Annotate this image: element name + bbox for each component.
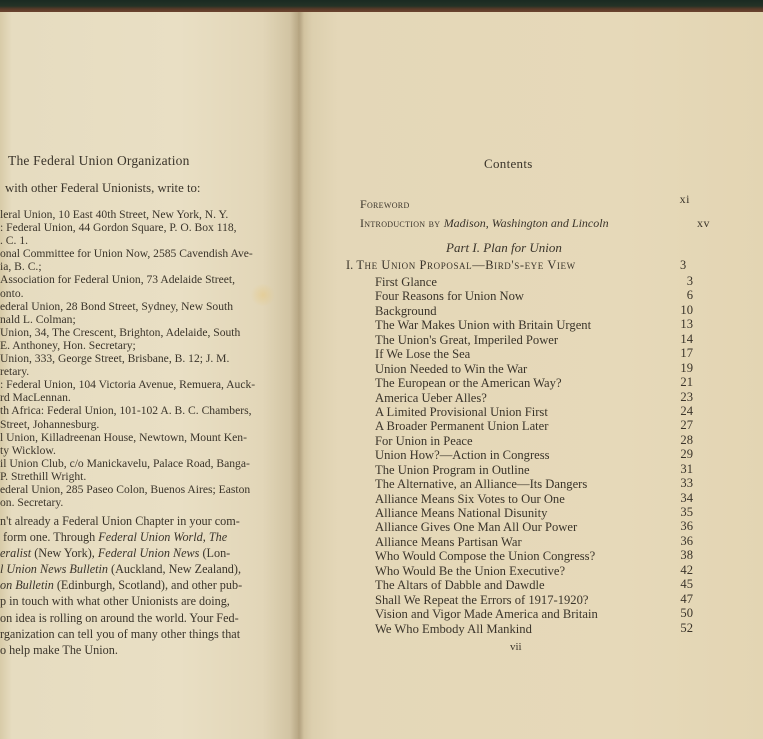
address-line: Union, 333, George Street, Brisbane, B. … [0,352,267,365]
toc-page-number: 31 [680,462,693,476]
toc-page-number: 23 [680,390,693,404]
chapter-page-number: 3 [680,258,686,273]
address-line: leral Union, 10 East 40th Street, New Yo… [0,208,267,221]
toc-section: We Who Embody All Mankind52 [375,622,693,636]
address-line: ty Wicklow. [0,444,267,457]
toc-section: The Union Program in Outline31 [375,463,693,477]
address-line: P. Strethill Wright. [0,470,267,483]
address-line: onal Committee for Union Now, 2585 Caven… [0,247,267,260]
address-line: Street, Johannesburg. [0,418,267,431]
toc-section: The Alternative, an Alliance—Its Dangers… [375,477,693,491]
book-gutter [290,12,304,739]
chapter-number: I. [346,258,353,272]
toc-page-number: 28 [680,433,693,447]
paragraph-line: form one. Through Federal Union World, T… [0,529,267,545]
address-line: retary. [0,365,267,378]
toc-entry-title: Introduction by [360,216,444,230]
toc-page-number: xi [680,192,690,207]
toc-page-number: xv [697,216,710,231]
address-line: nald L. Colman; [0,313,267,326]
toc-section: Alliance Means National Disunity35 [375,506,693,520]
toc-section: The European or the American Way?21 [375,376,693,390]
toc-section: Vision and Vigor Made America and Britai… [375,607,693,621]
toc-entry-foreword: Foreword xi [360,197,690,212]
toc-section: The War Makes Union with Britain Urgent1… [375,318,693,332]
toc-page-number: 29 [680,447,693,461]
address-line: Union, 34, The Crescent, Brighton, Adela… [0,326,267,339]
toc-section: Alliance Gives One Man All Our Power36 [375,520,693,534]
address-line: ederal Union, 285 Paseo Colon, Buenos Ai… [0,483,267,496]
toc-section: A Limited Provisional Union First24 [375,405,693,419]
page-folio: vii [510,641,522,653]
address-line: ederal Union, 28 Bond Street, Sydney, Ne… [0,300,267,313]
publication-title: on Bulletin [0,578,54,592]
toc-page-number: 36 [680,534,693,548]
toc-page-number: 24 [680,404,693,418]
toc-section: A Broader Permanent Union Later27 [375,419,693,433]
address-line: il Union Club, c/o Manickavelu, Palace R… [0,457,267,470]
publication-title: Federal Union World, The [98,530,227,544]
toc-page-number: 27 [680,418,693,432]
toc-section: Who Would Be the Union Executive?42 [375,564,693,578]
address-line: onto. [0,287,267,300]
publication-title: Federal Union News [98,546,200,560]
toc-page-number: 14 [680,332,693,346]
toc-section: Who Would Compose the Union Congress?38 [375,549,693,563]
toc-section: Alliance Means Six Votes to Our One34 [375,492,693,506]
toc-section: The Altars of Dabble and Dawdle45 [375,578,693,592]
toc-page-number: 52 [680,621,693,635]
toc-page-number: 13 [680,317,693,331]
paragraph-line: eralist (New York), Federal Union News (… [0,545,267,561]
toc-page-number: 3 [687,274,693,288]
paragraph-line: o help make The Union. [0,642,267,658]
toc-entry-authors: Madison, Washington and Lincoln [444,216,609,230]
closing-paragraph: n't already a Federal Union Chapter in y… [0,513,267,658]
toc-page-number: 42 [680,563,693,577]
toc-page-number: 38 [680,548,693,562]
toc-page-number: 19 [680,361,693,375]
publication-title: eralist [0,546,31,560]
toc-page-number: 21 [680,375,693,389]
toc-page-number: 50 [680,606,693,620]
toc-section: First Glance3 [375,275,693,289]
address-line: E. Anthoney, Hon. Secretary; [0,339,267,352]
address-line: l Union, Killadreenan House, Newtown, Mo… [0,431,267,444]
toc-section: America Ueber Alles?23 [375,391,693,405]
address-line: : Federal Union, 104 Victoria Avenue, Re… [0,378,267,391]
paragraph-line: p in touch with what other Unionists are… [0,593,267,609]
toc-section: For Union in Peace28 [375,434,693,448]
address-line: : Federal Union, 44 Gordon Square, P. O.… [0,221,267,234]
toc-section: Alliance Means Partisan War36 [375,535,693,549]
toc-page-number: 45 [680,577,693,591]
paragraph-line: l Union News Bulletin (Auckland, New Zea… [0,561,267,577]
address-line: rd MacLennan. [0,391,267,404]
left-page-intro: with other Federal Unionists, write to: [5,181,200,196]
paragraph-line: on idea is rolling on around the world. … [0,610,267,626]
chapter-title: I. The Union Proposal—Bird's-eye View [346,258,576,273]
paragraph-line: n't already a Federal Union Chapter in y… [0,513,267,529]
address-line: th Africa: Federal Union, 101-102 A. B. … [0,404,267,417]
toc-section: Four Reasons for Union Now6 [375,289,693,303]
toc-page-number: 6 [687,288,693,302]
toc-section: Background10 [375,304,693,318]
toc-section-list: First Glance3 Four Reasons for Union Now… [375,275,693,636]
address-line: ia, B. C.; [0,260,267,273]
chapter-name: The Union Proposal—Bird's-eye View [356,258,575,272]
part-heading: Part I. Plan for Union [446,240,562,256]
toc-page-number: 47 [680,592,693,606]
toc-page-number: 35 [680,505,693,519]
toc-page-number: 10 [680,303,693,317]
address-list: leral Union, 10 East 40th Street, New Yo… [0,208,267,509]
left-page-title: The Federal Union Organization [8,153,190,169]
contents-heading: Contents [484,156,533,172]
toc-entry-title: Foreword [360,197,410,211]
book-edge-top [0,0,763,12]
toc-section: Shall We Repeat the Errors of 1917-1920?… [375,593,693,607]
toc-section: If We Lose the Sea17 [375,347,693,361]
toc-page-number: 17 [680,346,693,360]
publication-title: l Union News Bulletin [0,562,108,576]
paragraph-line: rganization can tell you of many other t… [0,626,267,642]
address-line: . C. 1. [0,234,267,247]
address-line: Association for Federal Union, 73 Adelai… [0,273,267,286]
toc-entry-introduction: Introduction by Madison, Washington and … [360,216,690,231]
toc-page-number: 34 [680,491,693,505]
toc-section: The Union's Great, Imperiled Power14 [375,333,693,347]
toc-section: Union Needed to Win the War19 [375,362,693,376]
toc-page-number: 36 [680,519,693,533]
address-line: on. Secretary. [0,496,267,509]
toc-section: Union How?—Action in Congress29 [375,448,693,462]
toc-page-number: 33 [680,476,693,490]
paragraph-line: on Bulletin (Edinburgh, Scotland), and o… [0,577,267,593]
